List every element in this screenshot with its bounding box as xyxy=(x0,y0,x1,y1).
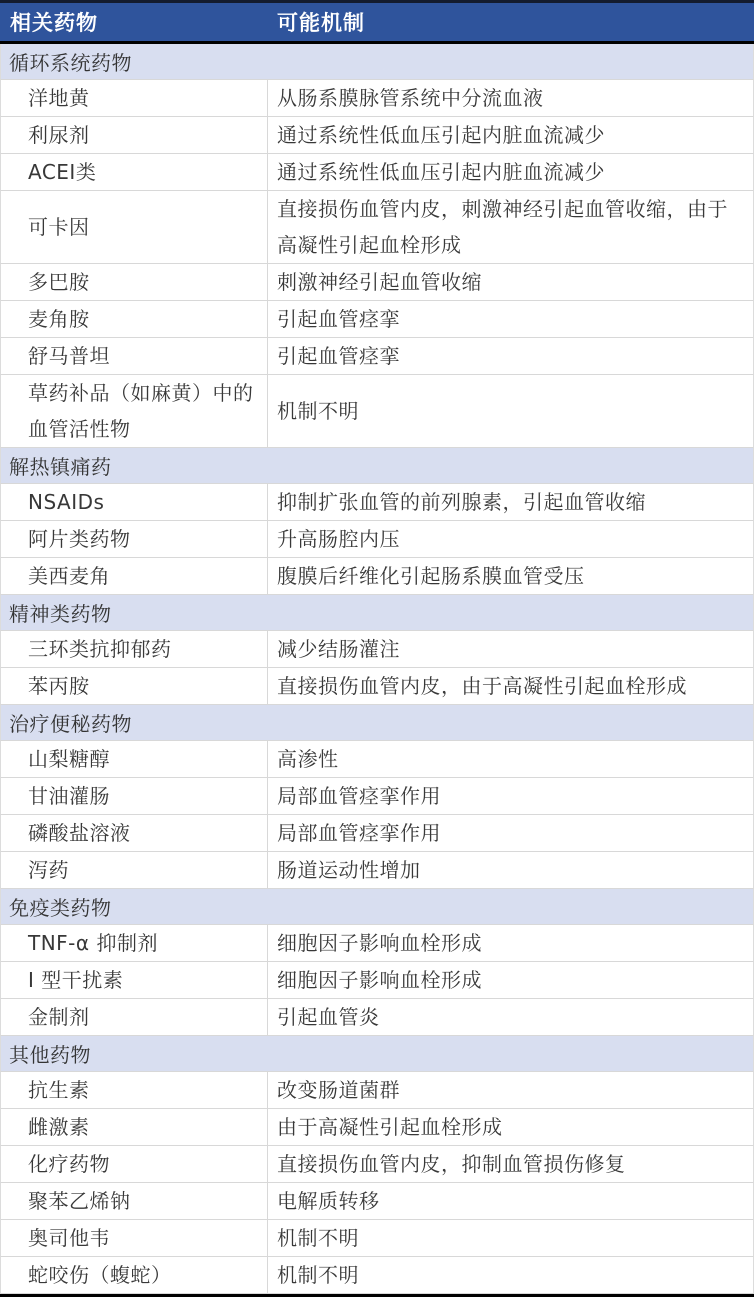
drug-name-cell: 洋地黄 xyxy=(1,80,268,116)
mechanism-text: 直接损伤血管内皮，抑制血管损伤修复 xyxy=(277,1146,626,1182)
table-row: 聚苯乙烯钠 电解质转移 xyxy=(0,1183,754,1220)
drug-name: 化疗药物 xyxy=(28,1146,110,1182)
drug-name: 三环类抗抑郁药 xyxy=(28,631,172,667)
mechanism-cell: 机制不明 xyxy=(268,375,753,447)
mechanism-text: 电解质转移 xyxy=(277,1183,380,1219)
drug-name: 雌激素 xyxy=(28,1109,90,1145)
mechanism-text: 机制不明 xyxy=(277,393,359,429)
section-header-row: 治疗便秘药物 xyxy=(0,705,754,741)
table-row: ACEI类 通过系统性低血压引起内脏血流减少 xyxy=(0,154,754,191)
section-header-row: 其他药物 xyxy=(0,1036,754,1072)
section-title: 精神类药物 xyxy=(9,598,112,627)
mechanism-cell: 机制不明 xyxy=(268,1220,753,1256)
mechanism-text: 通过系统性低血压引起内脏血流减少 xyxy=(277,117,605,153)
drug-name: 麦角胺 xyxy=(28,301,90,337)
mechanism-cell: 从肠系膜脉管系统中分流血液 xyxy=(268,80,753,116)
drug-name: 山梨糖醇 xyxy=(28,741,110,777)
drug-name-cell: 草药补品（如麻黄）中的血管活性物 xyxy=(1,375,268,447)
section-header-row: 精神类药物 xyxy=(0,595,754,631)
mechanism-text: 局部血管痉挛作用 xyxy=(277,778,441,814)
mechanism-text: 引起血管炎 xyxy=(277,999,380,1035)
drug-name-cell: 三环类抗抑郁药 xyxy=(1,631,268,667)
drug-name-cell: 磷酸盐溶液 xyxy=(1,815,268,851)
mechanism-text: 机制不明 xyxy=(277,1220,359,1256)
mechanism-cell: 引起血管痉挛 xyxy=(268,301,753,337)
drug-name-cell: ACEI类 xyxy=(1,154,268,190)
drug-name-cell: 奥司他韦 xyxy=(1,1220,268,1256)
mechanism-cell: 局部血管痉挛作用 xyxy=(268,778,753,814)
drug-mechanism-table: 相关药物 可能机制 循环系统药物 洋地黄 从肠系膜脉管系统中分流血液 利尿剂 通… xyxy=(0,0,754,1297)
mechanism-cell: 通过系统性低血压引起内脏血流减少 xyxy=(268,154,753,190)
mechanism-cell: 引起血管炎 xyxy=(268,999,753,1035)
mechanism-text: 通过系统性低血压引起内脏血流减少 xyxy=(277,154,605,190)
mechanism-text: 改变肠道菌群 xyxy=(277,1072,400,1108)
mechanism-text: 高渗性 xyxy=(277,741,339,777)
drug-name-cell: 美西麦角 xyxy=(1,558,268,594)
drug-name-cell: 聚苯乙烯钠 xyxy=(1,1183,268,1219)
section-title: 解热镇痛药 xyxy=(9,451,112,480)
mechanism-cell: 直接损伤血管内皮，由于高凝性引起血栓形成 xyxy=(268,668,753,704)
mechanism-text: 局部血管痉挛作用 xyxy=(277,815,441,851)
drug-name: 草药补品（如麻黄）中的血管活性物 xyxy=(28,375,263,447)
section-header-row: 循环系统药物 xyxy=(0,44,754,80)
mechanism-text: 由于高凝性引起血栓形成 xyxy=(277,1109,503,1145)
mechanism-text: 引起血管痉挛 xyxy=(277,301,400,337)
drug-name: 舒马普坦 xyxy=(28,338,110,374)
drug-name: 苯丙胺 xyxy=(28,668,90,704)
table-row: 阿片类药物 升高肠腔内压 xyxy=(0,521,754,558)
mechanism-text: 升高肠腔内压 xyxy=(277,521,400,557)
table-row: 舒马普坦 引起血管痉挛 xyxy=(0,338,754,375)
mechanism-cell: 升高肠腔内压 xyxy=(268,521,753,557)
drug-name: 金制剂 xyxy=(28,999,90,1035)
drug-name: 阿片类药物 xyxy=(28,521,131,557)
drug-name-cell: 甘油灌肠 xyxy=(1,778,268,814)
table-row: 抗生素 改变肠道菌群 xyxy=(0,1072,754,1109)
table-row: 甘油灌肠 局部血管痉挛作用 xyxy=(0,778,754,815)
drug-name: 洋地黄 xyxy=(28,80,90,116)
mechanism-text: 减少结肠灌注 xyxy=(277,631,400,667)
header-row: 相关药物 可能机制 xyxy=(0,3,754,44)
mechanism-text: 抑制扩张血管的前列腺素，引起血管收缩 xyxy=(277,484,646,520)
mechanism-cell: 局部血管痉挛作用 xyxy=(268,815,753,851)
mechanism-cell: 减少结肠灌注 xyxy=(268,631,753,667)
drug-name: 利尿剂 xyxy=(28,117,90,153)
mechanism-text: 细胞因子影响血栓形成 xyxy=(277,962,482,998)
drug-name-cell: Ⅰ 型干扰素 xyxy=(1,962,268,998)
mechanism-cell: 改变肠道菌群 xyxy=(268,1072,753,1108)
table-row: 化疗药物 直接损伤血管内皮，抑制血管损伤修复 xyxy=(0,1146,754,1183)
mechanism-cell: 直接损伤血管内皮，刺激神经引起血管收缩，由于高凝性引起血栓形成 xyxy=(268,191,753,263)
drug-name-cell: 金制剂 xyxy=(1,999,268,1035)
header-cell-mechanism: 可能机制 xyxy=(268,7,754,37)
drug-name: 可卡因 xyxy=(28,209,90,245)
table-row: 苯丙胺 直接损伤血管内皮，由于高凝性引起血栓形成 xyxy=(0,668,754,705)
mechanism-cell: 引起血管痉挛 xyxy=(268,338,753,374)
table-body: 循环系统药物 洋地黄 从肠系膜脉管系统中分流血液 利尿剂 通过系统性低血压引起内… xyxy=(0,44,754,1294)
mechanism-cell: 由于高凝性引起血栓形成 xyxy=(268,1109,753,1145)
drug-name: 泻药 xyxy=(28,852,69,888)
drug-name: 美西麦角 xyxy=(28,558,110,594)
mechanism-text: 肠道运动性增加 xyxy=(277,852,421,888)
table-row: 多巴胺 刺激神经引起血管收缩 xyxy=(0,264,754,301)
drug-name-cell: 麦角胺 xyxy=(1,301,268,337)
drug-name: TNF-α 抑制剂 xyxy=(28,925,158,961)
table-row: 金制剂 引起血管炎 xyxy=(0,999,754,1036)
section-title: 治疗便秘药物 xyxy=(9,708,132,737)
mechanism-cell: 高渗性 xyxy=(268,741,753,777)
mechanism-cell: 腹膜后纤维化引起肠系膜血管受压 xyxy=(268,558,753,594)
mechanism-cell: 细胞因子影响血栓形成 xyxy=(268,925,753,961)
table-row: 洋地黄 从肠系膜脉管系统中分流血液 xyxy=(0,80,754,117)
table-row: 泻药 肠道运动性增加 xyxy=(0,852,754,889)
drug-name: Ⅰ 型干扰素 xyxy=(28,962,123,998)
table-row: 奥司他韦 机制不明 xyxy=(0,1220,754,1257)
table-row: 麦角胺 引起血管痉挛 xyxy=(0,301,754,338)
drug-name: 蛇咬伤（蝮蛇） xyxy=(28,1257,172,1293)
drug-name-cell: 多巴胺 xyxy=(1,264,268,300)
drug-name-cell: 抗生素 xyxy=(1,1072,268,1108)
table-row: 草药补品（如麻黄）中的血管活性物 机制不明 xyxy=(0,375,754,448)
mechanism-cell: 电解质转移 xyxy=(268,1183,753,1219)
mechanism-cell: 抑制扩张血管的前列腺素，引起血管收缩 xyxy=(268,484,753,520)
drug-name: ACEI类 xyxy=(28,154,96,190)
drug-name: 抗生素 xyxy=(28,1072,90,1108)
table-row: 雌激素 由于高凝性引起血栓形成 xyxy=(0,1109,754,1146)
drug-name: 磷酸盐溶液 xyxy=(28,815,131,851)
header-cell-drug: 相关药物 xyxy=(0,7,268,37)
mechanism-text: 腹膜后纤维化引起肠系膜血管受压 xyxy=(277,558,585,594)
drug-name: NSAIDs xyxy=(28,484,104,520)
drug-name-cell: 苯丙胺 xyxy=(1,668,268,704)
mechanism-text: 直接损伤血管内皮，由于高凝性引起血栓形成 xyxy=(277,668,687,704)
drug-name: 多巴胺 xyxy=(28,264,90,300)
mechanism-cell: 机制不明 xyxy=(268,1257,753,1293)
mechanism-cell: 通过系统性低血压引起内脏血流减少 xyxy=(268,117,753,153)
mechanism-text: 从肠系膜脉管系统中分流血液 xyxy=(277,80,544,116)
mechanism-text: 细胞因子影响血栓形成 xyxy=(277,925,482,961)
drug-name-cell: 舒马普坦 xyxy=(1,338,268,374)
drug-name: 聚苯乙烯钠 xyxy=(28,1183,131,1219)
mechanism-cell: 直接损伤血管内皮，抑制血管损伤修复 xyxy=(268,1146,753,1182)
mechanism-text: 机制不明 xyxy=(277,1257,359,1293)
drug-name-cell: 可卡因 xyxy=(1,191,268,263)
table-row: TNF-α 抑制剂 细胞因子影响血栓形成 xyxy=(0,925,754,962)
drug-name-cell: 阿片类药物 xyxy=(1,521,268,557)
table-row: 利尿剂 通过系统性低血压引起内脏血流减少 xyxy=(0,117,754,154)
drug-name: 甘油灌肠 xyxy=(28,778,110,814)
table-row: NSAIDs 抑制扩张血管的前列腺素，引起血管收缩 xyxy=(0,484,754,521)
drug-name-cell: NSAIDs xyxy=(1,484,268,520)
drug-name-cell: TNF-α 抑制剂 xyxy=(1,925,268,961)
table-row: 美西麦角 腹膜后纤维化引起肠系膜血管受压 xyxy=(0,558,754,595)
drug-name-cell: 蛇咬伤（蝮蛇） xyxy=(1,1257,268,1293)
section-header-row: 免疫类药物 xyxy=(0,889,754,925)
section-title: 其他药物 xyxy=(9,1039,91,1068)
mechanism-text: 引起血管痉挛 xyxy=(277,338,400,374)
mechanism-text: 直接损伤血管内皮，刺激神经引起血管收缩，由于高凝性引起血栓形成 xyxy=(277,191,747,263)
mechanism-cell: 刺激神经引起血管收缩 xyxy=(268,264,753,300)
drug-name-cell: 山梨糖醇 xyxy=(1,741,268,777)
section-title: 循环系统药物 xyxy=(9,47,132,76)
table-row: 蛇咬伤（蝮蛇） 机制不明 xyxy=(0,1257,754,1294)
table-row: 山梨糖醇 高渗性 xyxy=(0,741,754,778)
drug-name-cell: 雌激素 xyxy=(1,1109,268,1145)
mechanism-cell: 细胞因子影响血栓形成 xyxy=(268,962,753,998)
table-row: 磷酸盐溶液 局部血管痉挛作用 xyxy=(0,815,754,852)
drug-name: 奥司他韦 xyxy=(28,1220,110,1256)
table-row: 三环类抗抑郁药 减少结肠灌注 xyxy=(0,631,754,668)
mechanism-cell: 肠道运动性增加 xyxy=(268,852,753,888)
table-row: Ⅰ 型干扰素 细胞因子影响血栓形成 xyxy=(0,962,754,999)
section-title: 免疫类药物 xyxy=(9,892,112,921)
mechanism-text: 刺激神经引起血管收缩 xyxy=(277,264,482,300)
drug-name-cell: 泻药 xyxy=(1,852,268,888)
drug-name-cell: 化疗药物 xyxy=(1,1146,268,1182)
table-row: 可卡因 直接损伤血管内皮，刺激神经引起血管收缩，由于高凝性引起血栓形成 xyxy=(0,191,754,264)
section-header-row: 解热镇痛药 xyxy=(0,448,754,484)
drug-name-cell: 利尿剂 xyxy=(1,117,268,153)
